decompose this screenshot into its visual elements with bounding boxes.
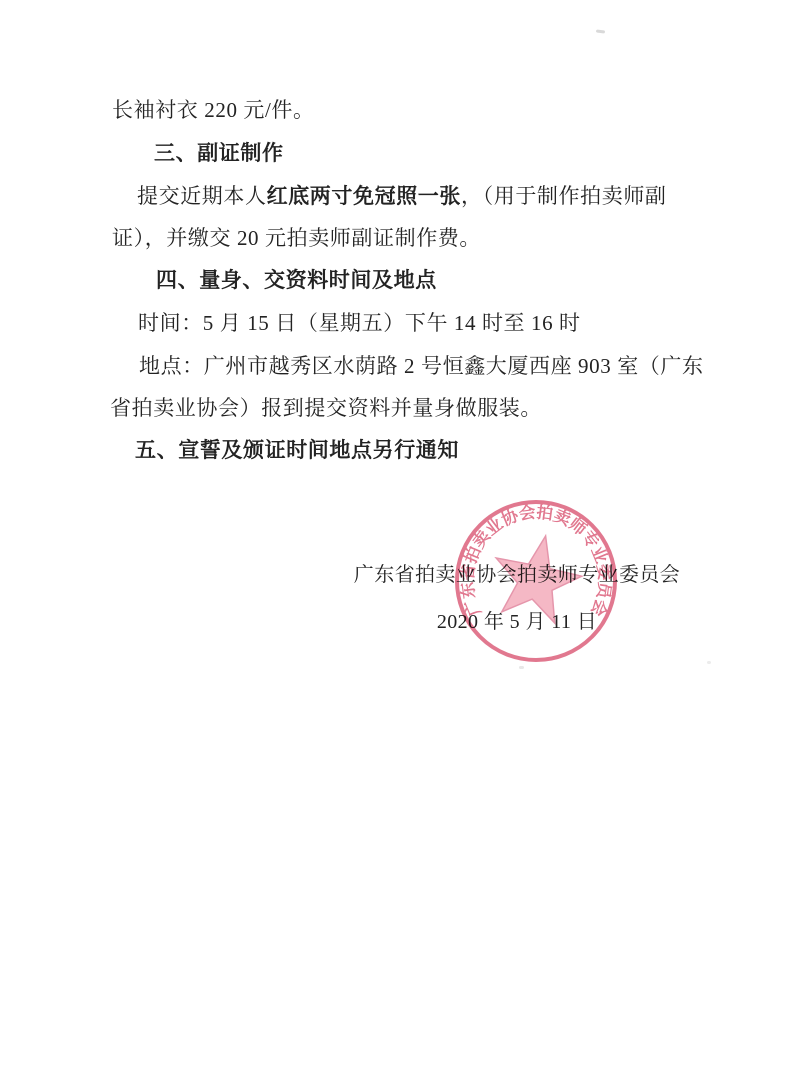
official-seal-stamp: 广东省拍卖业协会拍卖师专业委员会: [450, 495, 622, 667]
text-run: 三、副证制作: [154, 141, 284, 165]
scan-artifact: [519, 666, 524, 669]
document-line: 省拍卖业协会）报到提交资料并量身做服装。: [110, 395, 542, 421]
document-line: 时间：5 月 15 日（星期五）下午 14 时至 16 时: [138, 310, 581, 336]
text-run: 地点：广州市越秀区水荫路 2 号恒鑫大厦西座 903 室（广东: [139, 354, 704, 378]
text-run: 四、量身、交资料时间及地点: [156, 268, 437, 292]
text-run: 证），并缴交 20 元拍卖师副证制作费。: [112, 226, 481, 250]
document-line: 地点：广州市越秀区水荫路 2 号恒鑫大厦西座 903 室（广东: [139, 353, 704, 379]
scan-artifact: [596, 29, 605, 33]
text-run-bold: 红底两寸免冠照一张: [267, 184, 461, 208]
document-line: 提交近期本人红底两寸免冠照一张，（用于制作拍卖师副: [137, 183, 667, 209]
text-run: 省拍卖业协会）报到提交资料并量身做服装。: [110, 396, 542, 420]
document-page: 长袖衬衣 220 元/件。 三、副证制作 提交近期本人红底两寸免冠照一张，（用于…: [0, 0, 789, 1066]
text-run: 时间：5 月 15 日（星期五）下午 14 时至 16 时: [138, 311, 581, 335]
section-heading-3: 三、副证制作: [154, 140, 284, 166]
text-run: 提交近期本人: [137, 184, 267, 208]
text-run: 长袖衬衣 220 元/件。: [112, 98, 315, 122]
star-icon: [496, 536, 582, 623]
text-run: 五、宣誓及颁证时间地点另行通知: [135, 438, 459, 462]
section-heading-4: 四、量身、交资料时间及地点: [156, 267, 437, 293]
text-run: ，（用于制作拍卖师副: [461, 184, 667, 208]
document-line: 证），并缴交 20 元拍卖师副证制作费。: [112, 225, 481, 251]
scan-artifact: [707, 661, 711, 664]
section-heading-5: 五、宣誓及颁证时间地点另行通知: [135, 437, 459, 463]
document-line: 长袖衬衣 220 元/件。: [112, 97, 315, 123]
